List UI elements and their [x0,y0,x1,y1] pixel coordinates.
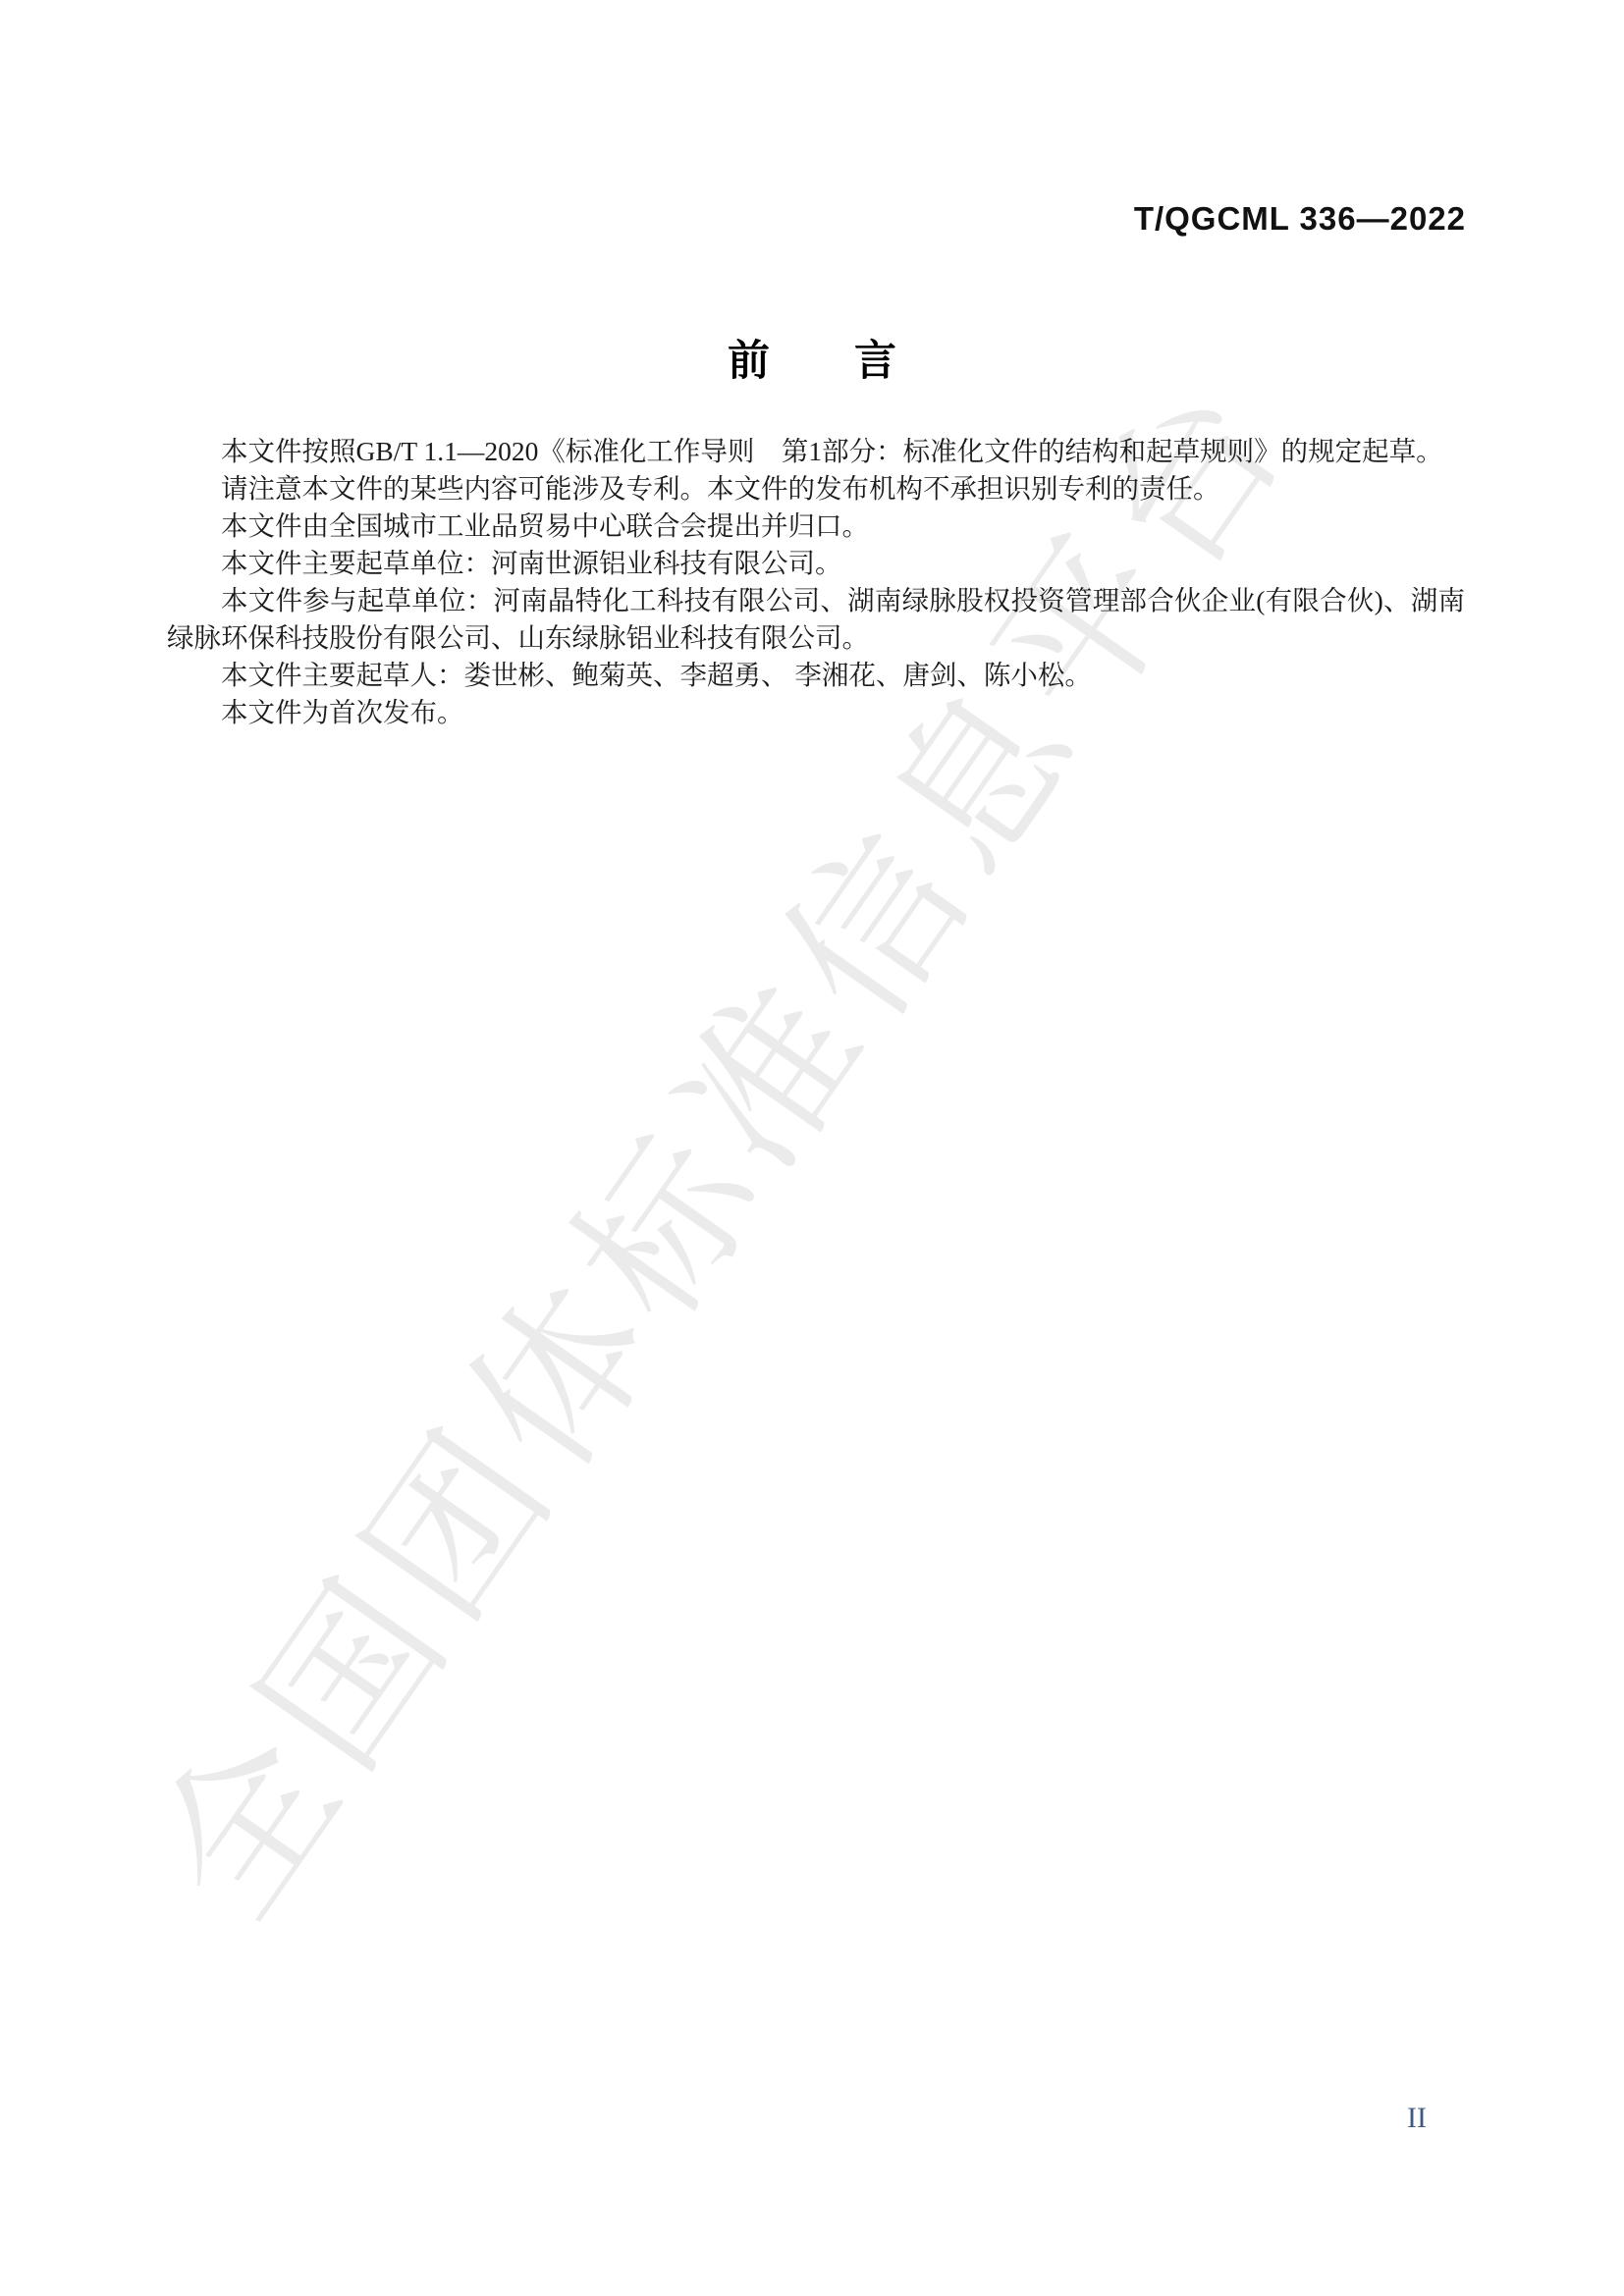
standard-number: T/QGCML 336—2022 [1134,200,1466,238]
foreword-paragraph-main-drafting-org: 本文件主要起草单位：河南世源铝业科技有限公司。 [167,545,1465,582]
foreword-paragraph-first-issue: 本文件为首次发布。 [167,694,1465,731]
page-title: 前 言 [0,328,1624,388]
foreword-paragraph-drafters: 本文件主要起草人：娄世彬、鲍菊英、李超勇、 李湘花、唐剑、陈小松。 [167,657,1465,694]
foreword-paragraph-issuing-body: 本文件由全国城市工业品贸易中心联合会提出并归口。 [167,507,1465,545]
page-number: II [1407,2102,1427,2135]
foreword-paragraph-patent-notice: 请注意本文件的某些内容可能涉及专利。本文件的发布机构不承担识别专利的责任。 [167,470,1465,507]
foreword-body: 本文件按照GB/T 1.1—2020《标准化工作导则 第1部分：标准化文件的结构… [167,433,1465,731]
document-page: 全国团体标准信息平台 T/QGCML 336—2022 前 言 本文件按照GB/… [0,0,1624,2296]
foreword-paragraph-participating-orgs: 本文件参与起草单位：河南晶特化工科技有限公司、湖南绿脉股权投资管理部合伙企业(有… [167,582,1465,657]
foreword-paragraph-basis: 本文件按照GB/T 1.1—2020《标准化工作导则 第1部分：标准化文件的结构… [167,433,1465,470]
